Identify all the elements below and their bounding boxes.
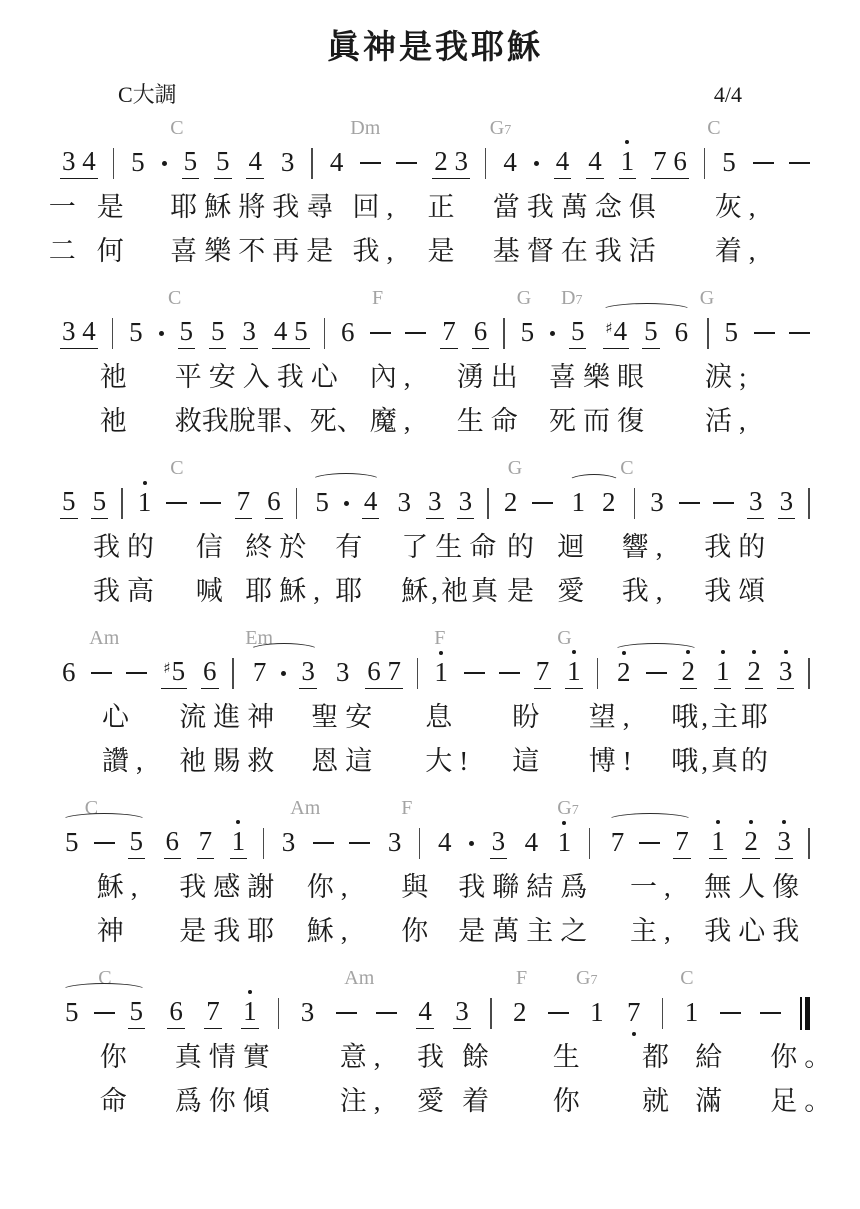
note-digit: 3 [778, 487, 796, 518]
lyric-syllable: 哦,主耶 [671, 701, 771, 733]
note-digit: 4 [362, 487, 380, 518]
note-digit: 5 [209, 317, 227, 348]
lyric-row-2: 我高喊耶穌,耶穌,祂真是愛我,我頌 [60, 571, 810, 615]
lyric-syllable: 的 [507, 531, 541, 563]
note-digit: 4 5 [272, 317, 310, 348]
chord-label: C [170, 458, 183, 479]
note-digit: 7 [197, 827, 215, 858]
lyric-syllable: 我, [622, 575, 670, 607]
chord-label: C [707, 118, 720, 139]
duration-dash [720, 1012, 741, 1014]
barline [503, 318, 505, 349]
lyric-syllable: 我心我 [704, 915, 806, 947]
note-digit: 4 [436, 828, 454, 858]
note-digit: 6 [164, 827, 182, 858]
chord-label: Am [89, 628, 119, 649]
lyric-syllable: 着 [462, 1085, 496, 1117]
note-digit: 3 [426, 487, 444, 518]
chord-label: F [401, 798, 412, 819]
duration-dash [376, 1012, 397, 1014]
music-system-1: CDmG7C3 45554342 344417 65一是耶穌將我尋回,正當我萬念… [60, 118, 810, 275]
lyric-syllable: 平安入我心 [175, 361, 345, 393]
music-system-2: CFGD7G3 455534 567655♯4565祂平安入我心內,湧出喜樂眼淚… [60, 288, 810, 445]
note-digit: 5 [128, 827, 146, 858]
lyric-syllable: 是 [507, 575, 541, 607]
chord-row: CAmFG7 [60, 798, 810, 819]
lyric-row-2: 二何喜樂不再是我,是基督在我活着, [60, 231, 810, 275]
note-digit: 5 [127, 318, 145, 348]
lyric-syllable: 神 [97, 915, 131, 947]
note-digit: 5 [723, 318, 741, 348]
slur-group: 55 [60, 997, 148, 1028]
note-digit: 1 [588, 998, 606, 1028]
chord-label: D7 [561, 288, 582, 311]
lyric-syllable: 魔, [370, 405, 418, 437]
note-digit: 1 [709, 827, 727, 858]
sharp-sign: ♯ [163, 659, 170, 677]
note-digit: 1 [556, 828, 574, 858]
chord-row: CAmFG7C [60, 968, 810, 989]
lyric-syllable: 喊 [196, 575, 230, 607]
barline [487, 488, 489, 519]
lyric-syllable: 信 [196, 531, 230, 563]
chord-label: F [434, 628, 445, 649]
lyric-syllable: 淚; [705, 361, 754, 393]
duration-dash [532, 502, 553, 504]
lyric-syllable: 息 [425, 701, 459, 733]
lyric-syllable: 祂 [100, 361, 134, 393]
key-meter-row: C大調 4/4 [60, 78, 810, 118]
lyric-syllable: 流進神 [179, 701, 281, 733]
note-digit: 6 [265, 487, 283, 518]
lyric-row-2: 命爲你傾注,愛着你就滿足。 [60, 1081, 810, 1125]
notes-row: 3 455534 567655♯4565 [60, 309, 810, 357]
lyric-syllable: 真情實 [175, 1041, 277, 1073]
lyric-syllable: 是 [428, 235, 462, 267]
lyric-row-1: 祂平安入我心內,湧出喜樂眼淚; [60, 357, 810, 401]
sheet-music-page: 眞神是我耶穌 C大調 4/4 CDmG7C3 45554342 344417 6… [0, 0, 860, 1209]
note-digit: 5 [128, 997, 146, 1028]
note-digit: 5 [129, 148, 147, 178]
barline [112, 318, 114, 349]
barline [808, 828, 810, 859]
slur-group: 54 [310, 487, 382, 518]
chord-label: G7 [576, 968, 597, 991]
lyric-syllable: 響, [622, 531, 670, 563]
lyric-row-1: 心流進神聖安息盼望,哦,主耶 [60, 697, 810, 741]
note-digit: 3 [395, 488, 413, 518]
music-system-4: AmEmFG6♯567336 717122123心流進神聖安息盼望,哦,主耶讚,… [60, 628, 810, 785]
chord-label: F [516, 968, 527, 989]
lyric-syllable: 死而復 [549, 405, 651, 437]
note-digit: 2 [615, 658, 633, 688]
note-digit: 3 4 [60, 317, 98, 348]
lyric-syllable: 命 [100, 1085, 134, 1117]
notes-row: 556713432171 [60, 989, 810, 1037]
duration-dash [760, 1012, 781, 1014]
note-digit: 7 [609, 828, 627, 858]
lyric-syllable: 祂 [100, 405, 134, 437]
lyric-syllable: 給 [695, 1041, 729, 1073]
slur-group: 12 [567, 488, 621, 518]
note-digit: 4 [586, 147, 604, 178]
note-digit: 1 [619, 147, 637, 178]
chord-label: C [168, 288, 181, 309]
lyric-syllable: 湧出 [457, 361, 525, 393]
chord-row: CDmG7C [60, 118, 810, 139]
note-digit: 3 [299, 657, 317, 688]
note-digit: 2 3 [432, 147, 470, 178]
lyric-syllable: 我, [353, 235, 401, 267]
lyric-syllable: 耶 [335, 575, 369, 607]
note-digit: 3 4 [60, 147, 98, 178]
chord-label: C [620, 458, 633, 479]
chord-row: AmEmFG [60, 628, 810, 649]
lyric-syllable: 讚, [102, 745, 150, 777]
barline [296, 488, 298, 519]
chord-label: Am [290, 798, 320, 819]
lyric-syllable: 迴 [557, 531, 591, 563]
lyric-syllable: 你 [553, 1085, 587, 1117]
chord-label: C [170, 118, 183, 139]
lyric-row-1: 我的信終於有了生命的迴響,我的 [60, 527, 810, 571]
duration-dash [789, 332, 810, 334]
rhythm-dot [281, 671, 286, 676]
key-signature: C大調 [118, 78, 177, 109]
chord-row: CFGD7G [60, 288, 810, 309]
lyric-syllable: 與 [401, 871, 435, 903]
lyric-syllable: 着, [715, 235, 763, 267]
note-digit: 1 [432, 658, 450, 688]
barline [419, 828, 421, 859]
chord-label: Dm [350, 118, 380, 139]
lyric-syllable: 喜樂不再是 [170, 235, 340, 267]
slur-group: 77 [606, 827, 694, 858]
lyric-syllable: 餘 [462, 1041, 496, 1073]
barline [589, 828, 591, 859]
lyric-syllable: 一, [630, 871, 678, 903]
lyric-syllable: 足。 [770, 1085, 838, 1117]
note-digit: 4 [246, 147, 264, 178]
chord-label: C [680, 968, 693, 989]
note-digit: 6 [60, 658, 78, 688]
lyric-syllable: 回, [353, 191, 401, 223]
verse-number: 二 [49, 235, 83, 267]
barline [417, 658, 419, 689]
note-digit: 7 [235, 487, 253, 518]
duration-dash [639, 842, 660, 844]
lyric-syllable: 我的 [93, 531, 161, 563]
lyric-row-1: 你真情實意,我餘生都給你。 [60, 1037, 810, 1081]
music-systems: CDmG7C3 45554342 344417 65一是耶穌將我尋回,正當我萬念… [60, 118, 810, 1125]
note-digit: 5 [182, 147, 200, 178]
note-digit: 2 [680, 657, 698, 688]
lyric-syllable: 正 [428, 191, 462, 223]
lyric-syllable: 望, [589, 701, 637, 733]
note-digit: 6 7 [365, 657, 403, 688]
barline [263, 828, 265, 859]
note-digit: ♯4 [603, 317, 629, 348]
lyric-syllable: 基督在我活 [493, 235, 663, 267]
chord-label: G [508, 458, 522, 479]
notes-row: 6♯567336 717122123 [60, 649, 810, 697]
lyric-syllable: 了生命 [401, 531, 503, 563]
lyric-syllable: 灰, [715, 191, 763, 223]
lyric-row-2: 祂救我脫罪、死、魔,生命死而復活, [60, 401, 810, 445]
lyric-syllable: 就 [642, 1085, 676, 1117]
barline [662, 998, 664, 1029]
note-digit: 2 [600, 488, 618, 518]
chord-label: Am [344, 968, 374, 989]
note-digit: 7 6 [651, 147, 689, 178]
duration-dash [754, 332, 775, 334]
note-digit: 7 [440, 317, 458, 348]
lyric-syllable: 哦,真的 [671, 745, 771, 777]
barline [324, 318, 326, 349]
lyric-syllable: 你。 [770, 1041, 838, 1073]
chord-label: G7 [557, 798, 578, 821]
lyric-syllable: 聖安 [311, 701, 379, 733]
music-system-5: CAmFG75567133434177123穌,我感謝你,與我聯結爲一,無人像神… [60, 798, 810, 955]
rhythm-dot [550, 331, 555, 336]
duration-dash [336, 1012, 357, 1014]
lyric-syllable: 終於 [245, 531, 313, 563]
chord-number: 7 [590, 973, 597, 988]
lyric-syllable: 我 [417, 1041, 451, 1073]
barline [311, 148, 313, 179]
lyric-syllable: 爲你傾 [175, 1085, 277, 1117]
chord-row: CGC [60, 458, 810, 479]
lyric-syllable: 內, [370, 361, 418, 393]
chord-label: G [557, 628, 571, 649]
lyric-syllable: 穌,祂真 [401, 575, 501, 607]
barline [707, 318, 709, 349]
lyric-syllable: 是我耶 [179, 915, 281, 947]
duration-dash [405, 332, 426, 334]
lyric-syllable: 這 [512, 745, 546, 777]
lyric-syllable: 是 [97, 191, 131, 223]
lyric-syllable: 耶穌將我尋 [170, 191, 340, 223]
rhythm-dot [469, 841, 474, 846]
duration-dash [464, 672, 485, 674]
note-digit: 1 [714, 657, 732, 688]
note-digit: 7 [534, 657, 552, 688]
duration-dash [646, 672, 667, 674]
rhythm-dot [534, 161, 539, 166]
lyric-syllable: 我感謝 [179, 871, 281, 903]
lyric-syllable: 我聯結爲 [458, 871, 594, 903]
note-digit: 5 [178, 317, 196, 348]
lyric-syllable: 當我萬念俱 [493, 191, 663, 223]
note-digit: 3 [299, 998, 317, 1028]
duration-dash [126, 672, 147, 674]
note-digit: 1 [230, 827, 248, 858]
rhythm-dot [344, 501, 349, 506]
lyric-row-2: 神是我耶穌,你是萬主之主,我心我 [60, 911, 810, 955]
lyric-syllable: 意, [340, 1041, 388, 1073]
note-digit: 7 [251, 658, 269, 688]
lyric-syllable: 你 [401, 915, 435, 947]
chord-number: 7 [572, 803, 579, 818]
lyric-syllable: 注, [340, 1085, 388, 1117]
note-digit: 7 [204, 997, 222, 1028]
note-digit: 4 [328, 148, 346, 178]
note-digit: 5 [63, 828, 81, 858]
duration-dash [349, 842, 370, 844]
note-digit: 6 [167, 997, 185, 1028]
note-digit: 2 [511, 998, 529, 1028]
lyric-syllable: 何 [97, 235, 131, 267]
note-digit: 1 [570, 488, 588, 518]
barline [490, 998, 492, 1029]
sharp-sign: ♯ [605, 319, 612, 337]
lyric-syllable: 主, [630, 915, 678, 947]
note-digit: 3 [279, 148, 297, 178]
note-digit: 2 [742, 827, 760, 858]
note-digit: 5 [720, 148, 738, 178]
slur-group: 73 [248, 657, 320, 688]
barline [113, 148, 115, 179]
song-title: 眞神是我耶穌 [60, 26, 810, 78]
chord-label: G [700, 288, 714, 309]
note-digit: 3 [775, 827, 793, 858]
note-digit: 3 [280, 828, 298, 858]
music-system-6: CAmFG7C556713432171你真情實意,我餘生都給你。命爲你傾注,愛着… [60, 968, 810, 1125]
note-digit: 3 [334, 658, 352, 688]
lyric-syllable: 有 [335, 531, 369, 563]
lyric-syllable: 耶穌, [245, 575, 327, 607]
chord-label: G [517, 288, 531, 309]
lyric-row-1: 穌,我感謝你,與我聯結爲一,無人像 [60, 867, 810, 911]
barline [634, 488, 636, 519]
music-system-3: CGC5517654333212333我的信終於有了生命的迴響,我的我高喊耶穌,… [60, 458, 810, 615]
note-digit: ♯5 [161, 657, 187, 688]
barline [121, 488, 123, 519]
note-digit: 5 [214, 147, 232, 178]
barline [485, 148, 487, 179]
duration-dash [499, 672, 520, 674]
note-digit: 3 [747, 487, 765, 518]
barline [278, 998, 280, 1029]
note-digit: 1 [565, 657, 583, 688]
barline [808, 658, 810, 689]
slur-group: ♯456 [600, 317, 693, 348]
lyric-syllable: 活, [705, 405, 753, 437]
note-digit: 6 [201, 657, 219, 688]
notes-row: 3 45554342 344417 65 [60, 139, 810, 187]
note-digit: 3 [386, 828, 404, 858]
note-digit: 3 [457, 487, 475, 518]
note-digit: 2 [502, 488, 520, 518]
duration-dash [713, 502, 734, 504]
notes-row: 5567133434177123 [60, 819, 810, 867]
lyric-syllable: 盼 [512, 701, 546, 733]
note-digit: 3 [453, 997, 471, 1028]
note-digit: 3 [490, 827, 508, 858]
lyric-syllable: 無人像 [704, 871, 806, 903]
lyric-syllable: 我的 [704, 531, 772, 563]
lyric-syllable: 心 [102, 701, 136, 733]
verse-number: 一 [49, 191, 83, 223]
duration-dash [396, 162, 417, 164]
rhythm-dot [159, 331, 164, 336]
lyric-syllable: 穌, [97, 871, 145, 903]
note-digit: 4 [523, 828, 541, 858]
lyric-syllable: 大! [425, 745, 475, 777]
lyric-syllable: 愛 [557, 575, 591, 607]
lyric-syllable: 穌, [307, 915, 355, 947]
note-digit: 4 [416, 997, 434, 1028]
note-digit: 4 [501, 148, 519, 178]
duration-dash [91, 672, 112, 674]
note-digit: 1 [136, 488, 154, 518]
lyric-syllable: 滿 [695, 1085, 729, 1117]
duration-dash [313, 842, 334, 844]
note-digit: 7 [673, 827, 691, 858]
note-digit: 5 [642, 317, 660, 348]
note-digit: 1 [241, 997, 259, 1028]
lyric-syllable: 我高 [93, 575, 161, 607]
note-digit: 2 [745, 657, 763, 688]
lyric-syllable: 你 [100, 1041, 134, 1073]
note-digit: 5 [313, 488, 331, 518]
slur-group: 55 [60, 827, 148, 858]
duration-dash [200, 502, 221, 504]
final-barline [800, 997, 810, 1030]
note-digit: 5 [519, 318, 537, 348]
rhythm-dot [162, 161, 167, 166]
slur-group: 22 [612, 657, 700, 688]
duration-dash [360, 162, 381, 164]
note-digit: 3 [648, 488, 666, 518]
duration-dash [94, 1012, 115, 1014]
duration-dash [789, 162, 810, 164]
duration-dash [370, 332, 391, 334]
lyric-row-1: 一是耶穌將我尋回,正當我萬念俱灰, [60, 187, 810, 231]
lyric-syllable: 生 [553, 1041, 587, 1073]
note-digit: 6 [673, 318, 691, 348]
lyric-syllable: 祂賜救 [179, 745, 281, 777]
barline [232, 658, 234, 689]
lyric-row-2: 讚,祂賜救恩這大!這博!哦,真的 [60, 741, 810, 785]
duration-dash [548, 1012, 569, 1014]
chord-label: G7 [490, 118, 511, 141]
lyric-syllable: 救我脫罪、死、 [175, 405, 364, 437]
lyric-syllable: 博! [589, 745, 639, 777]
lyric-syllable: 你, [307, 871, 355, 903]
note-digit: 6 [339, 318, 357, 348]
lyric-syllable: 恩這 [311, 745, 379, 777]
note-digit: 5 [63, 998, 81, 1028]
note-digit: 3 [240, 317, 258, 348]
note-digit: 1 [683, 998, 701, 1028]
barline [704, 148, 706, 179]
lyric-syllable: 生命 [457, 405, 525, 437]
note-digit: 4 [554, 147, 572, 178]
notes-row: 5517654333212333 [60, 479, 810, 527]
note-digit: 6 [472, 317, 490, 348]
lyric-syllable: 都 [642, 1041, 676, 1073]
duration-dash [94, 842, 115, 844]
duration-dash [679, 502, 700, 504]
note-digit: 5 [91, 487, 109, 518]
chord-number: 7 [575, 293, 582, 308]
lyric-syllable: 愛 [417, 1085, 451, 1117]
time-signature: 4/4 [714, 82, 742, 108]
lyric-syllable: 是萬主之 [458, 915, 594, 947]
chord-number: 7 [504, 123, 511, 138]
barline [808, 488, 810, 519]
